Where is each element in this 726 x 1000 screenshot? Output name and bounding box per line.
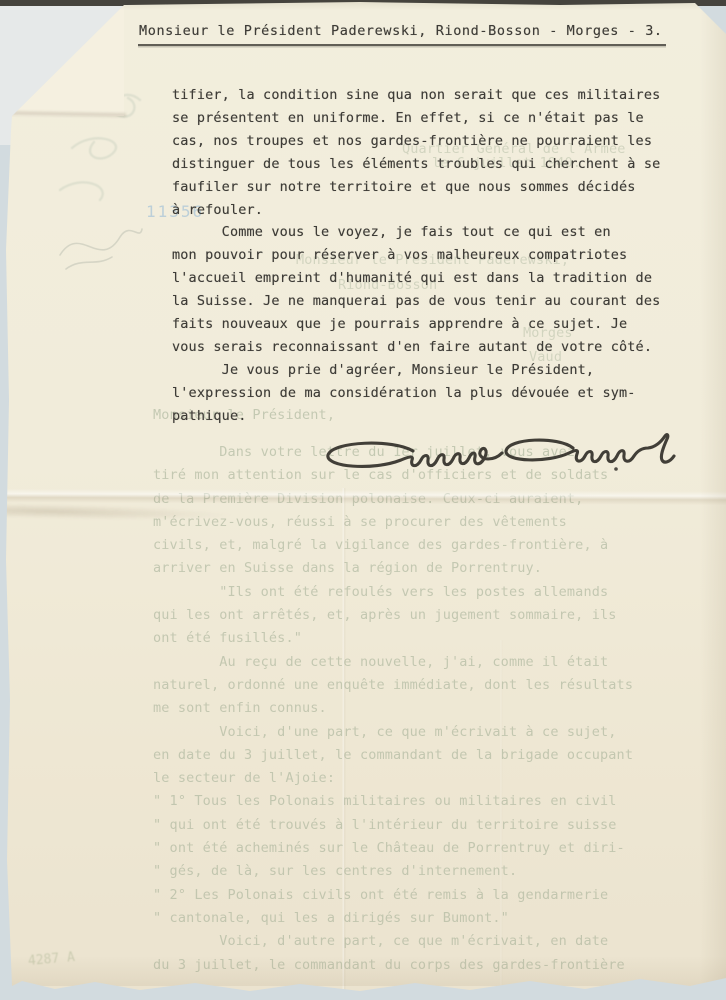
horizontal-fold-crease: [0, 489, 726, 506]
header-address-line: Monsieur le Président Paderewski, Riond-…: [139, 23, 663, 39]
letter-body-text: tifier, la condition sine qua non serait…: [172, 84, 660, 428]
vertical-crease-2: [500, 640, 503, 990]
vertical-crease: [342, 488, 346, 993]
paper-sheet: Quartier Général de l'Armée le 6 juillet…: [0, 0, 726, 1000]
paper-right-edge-shading: [700, 0, 726, 1000]
scan-background: Quartier Général de l'Armée le 6 juillet…: [0, 0, 726, 1000]
pencil-scribble: [52, 213, 147, 278]
paper-bottom-edge-shading: [0, 956, 726, 986]
signature: [318, 426, 678, 486]
header-underline: [138, 44, 666, 46]
